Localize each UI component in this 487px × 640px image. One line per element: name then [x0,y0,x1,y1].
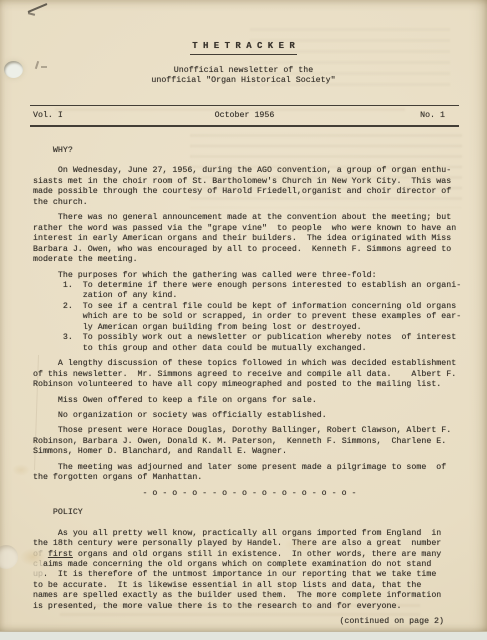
issue-number: No. 1 [420,109,445,122]
masthead-rule-top [30,105,459,106]
continued-note: (continued on page 2) [33,617,466,627]
para-newsletter-decision: A lengthy discussion of these topics fol… [33,359,466,390]
newsletter-body: WHY? On Wednesday, June 27, 1956, during… [33,146,466,628]
para-purposes-lead: The purposes for which the gathering was… [33,271,466,281]
para-policy: As you all pretty well know, practically… [33,529,466,613]
punch-hole-top [4,61,23,78]
heading-why: WHY? [33,146,466,156]
paper-stain [20,548,46,566]
pencil-mark [41,66,47,68]
heading-policy: POLICY [33,508,466,518]
newsletter-subtitle: Unofficial newsletter of the unofficial … [0,66,487,87]
para-meeting-intro: On Wednesday, June 27, 1956, during the … [33,166,466,208]
pencil-mark [28,12,35,16]
scanned-page: T H E T R A C K E R Unofficial newslette… [0,0,487,640]
masthead-rule-bottom [30,125,459,127]
newsletter-title: T H E T R A C K E R [190,41,297,55]
scanner-background [0,631,487,640]
paper-stain [12,464,30,476]
para-no-organization: No organization or society was officiall… [33,411,466,421]
masthead: Vol. I October 1956 No. 1 [30,109,459,122]
paper: T H E T R A C K E R Unofficial newslette… [0,0,487,632]
list-item-2: 2. To see if a central file could be kep… [33,302,466,333]
paper-stain [284,538,318,552]
punch-hole-bottom [0,545,18,569]
issue-date: October 1956 [30,109,459,122]
subtitle-line2: unofficial "Organ Historical Society" [0,76,487,86]
pencil-mark [27,3,47,13]
title-row: T H E T R A C K E R [0,35,487,55]
list-item-3: 3. To possibly work out a newsletter or … [33,333,466,354]
para-attendees: Those present were Horace Douglas, Dorot… [33,426,466,457]
para-file-offer: Miss Owen offered to keep a file on orga… [33,396,466,406]
para-word-of-mouth: There was no general announcement made a… [33,213,466,265]
list-item-1: 1. To determine if there were enough per… [33,281,466,302]
separator-ornament: - o - o - o - - o - o - o - o - o - o - … [33,489,466,499]
subtitle-line1: Unofficial newsletter of the [0,66,487,76]
para-adjournment: The meeting was adjourned and later some… [33,463,466,484]
